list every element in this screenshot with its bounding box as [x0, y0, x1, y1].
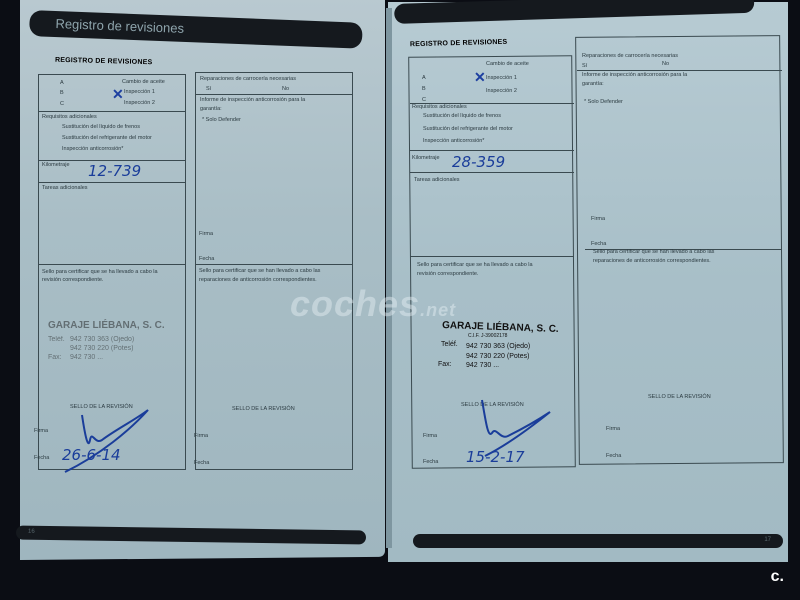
option-inspection-1: Inspección 1 — [124, 89, 155, 95]
extra-tasks-label: Tareas adicionales — [42, 185, 88, 191]
firma-label: Firma — [199, 231, 213, 237]
stamp-phone-label: Teléf. — [441, 341, 458, 348]
seal-text: revisión correspondiente. — [417, 271, 478, 277]
extra-tasks-label: Tareas adicionales — [414, 177, 460, 183]
row-c: C — [60, 101, 64, 107]
report-title: garantía: — [200, 106, 222, 112]
seal-text: Sello para certificar que se han llevado… — [593, 249, 714, 255]
divider — [38, 264, 186, 265]
report-title: Informe de inspección anticorrosión para… — [582, 72, 687, 78]
bodywork-si: Sí — [206, 86, 211, 92]
book-spine — [386, 8, 392, 548]
firma-label: Firma — [423, 433, 437, 439]
km-value: 12-739 — [88, 162, 141, 180]
firma-label: Firma — [606, 426, 620, 432]
watermark-suffix: .net — [420, 300, 456, 320]
divider — [410, 256, 574, 257]
row-a: A — [422, 75, 426, 81]
stamp-name: GARAJE LIÉBANA, S. C. — [48, 320, 165, 331]
additional-title: Requisitos adicionales — [42, 114, 97, 120]
firma-label: Firma — [591, 216, 605, 222]
firma-label: Firma — [34, 428, 48, 434]
footer-bar-right: 17 — [413, 534, 783, 548]
seal-text: revisión correspondiente. — [42, 277, 103, 283]
divider — [38, 160, 186, 161]
additional-item: Inspección anticorrosión* — [62, 146, 123, 152]
section-header-title: Registro de revisiones — [55, 16, 184, 36]
stamp-fax-label: Fax: — [48, 354, 62, 361]
option-inspection-1: Inspección 1 — [486, 75, 517, 81]
stamp-phone-1: 942 730 363 (Ojedo) — [70, 336, 134, 343]
report-note: * Solo Defender — [584, 99, 623, 105]
stamp-cif: C.I.F. J-39002178 — [468, 333, 507, 339]
stamp-fax: 942 730 ... — [466, 362, 499, 369]
option-oil-change: Cambio de aceite — [122, 79, 165, 85]
bodywork-no: No — [282, 86, 289, 92]
divider — [195, 264, 353, 265]
option-oil-change: Cambio de aceite — [486, 61, 529, 67]
corner-logo: c. — [771, 568, 784, 586]
report-title: Informe de inspección anticorrosión para… — [200, 97, 305, 103]
page-number-left: 16 — [28, 529, 35, 535]
report-note: * Solo Defender — [202, 117, 241, 123]
stamp-fax: 942 730 ... — [70, 354, 103, 361]
watermark: coches.net — [290, 283, 456, 325]
seal-text: Sello para certificar que se ha llevado … — [42, 269, 158, 275]
divider — [410, 150, 574, 151]
fecha-label: Fecha — [194, 460, 209, 466]
additional-item: Sustitución del refrigerante del motor — [423, 126, 513, 132]
row-b: B — [60, 90, 64, 96]
firma-label: Firma — [194, 433, 208, 439]
divider — [577, 70, 782, 71]
stamp-phone-label: Teléf. — [48, 336, 65, 343]
bodywork-title: Reparaciones de carrocería necesarias — [200, 76, 296, 82]
fecha-label: Fecha — [606, 453, 621, 459]
divider — [410, 172, 574, 173]
seal-text: Sello para certificar que se han llevado… — [199, 268, 320, 274]
divider — [195, 94, 353, 95]
check-mark-icon: ✕ — [474, 69, 486, 86]
divider — [38, 182, 186, 183]
row-b: B — [422, 86, 426, 92]
watermark-main: coches — [290, 283, 420, 324]
fecha-value: 26-6-14 — [62, 446, 121, 464]
row-a: A — [60, 80, 64, 86]
fecha-label: Fecha — [591, 241, 606, 247]
additional-item: Inspección anticorrosión* — [423, 138, 484, 144]
additional-item: Sustitución del refrigerante del motor — [62, 135, 152, 141]
seal-text: reparaciones de anticorrosión correspond… — [593, 258, 711, 264]
km-value: 28-359 — [452, 153, 505, 171]
stamp-phone-1: 942 730 363 (Ojedo) — [466, 343, 530, 350]
bodywork-title: Reparaciones de carrocería necesarias — [582, 53, 678, 59]
km-label: Kilometraje — [412, 155, 440, 161]
stamp-phone-2: 942 730 220 (Potes) — [70, 345, 133, 352]
fecha-label: Fecha — [34, 455, 49, 461]
additional-item: Sustitución del líquido de frenos — [423, 113, 501, 119]
divider — [38, 111, 186, 112]
bodywork-no: No — [662, 61, 669, 67]
stamp-fax-label: Fax: — [438, 361, 452, 368]
bodywork-si: Sí — [582, 63, 587, 69]
km-label: Kilometraje — [42, 162, 70, 168]
report-title: garantía: — [582, 81, 604, 87]
fecha-label: Fecha — [423, 459, 438, 465]
fecha-label: Fecha — [199, 256, 214, 262]
additional-title: Requisitos adicionales — [412, 104, 467, 110]
seal-text: Sello para certificar que se ha llevado … — [417, 262, 533, 268]
stamp-phone-2: 942 730 220 (Potes) — [466, 353, 529, 360]
seal-label: SELLO DE LA REVISIÓN — [232, 406, 295, 412]
check-mark-icon: ✕ — [112, 86, 124, 103]
additional-item: Sustitución del líquido de frenos — [62, 124, 140, 130]
option-inspection-2: Inspección 2 — [124, 100, 155, 106]
fecha-value: 15-2-17 — [466, 448, 525, 466]
option-inspection-2: Inspección 2 — [486, 88, 517, 94]
page-number-right: 17 — [764, 537, 771, 543]
seal-label: SELLO DE LA REVISIÓN — [648, 394, 711, 400]
